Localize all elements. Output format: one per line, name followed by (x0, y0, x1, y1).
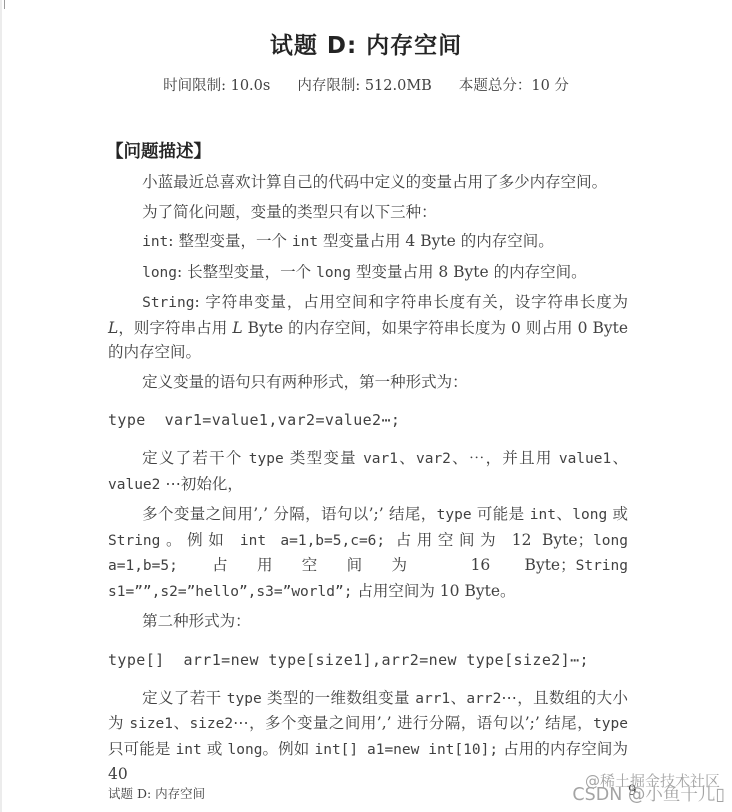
text-run: 、 (556, 505, 572, 523)
inline-code: int (292, 234, 318, 250)
inline-code: arr1 (415, 691, 450, 707)
text-run: 型变量占用 8 Byte 的内存空间。 (351, 263, 587, 281)
text-run: 、 (611, 449, 628, 467)
text-run: 占用空间为 12 Byte； (385, 531, 593, 549)
text-run: 小蓝最近总喜欢计算自己的代码中定义的变量占用了多少内存空间。 (142, 173, 607, 191)
inline-code: long (316, 265, 351, 281)
text-run: 多个变量之间用’,’ 分隔，语句以’;’ 结尾， (142, 505, 437, 523)
text-run: 只可能是 (108, 740, 176, 758)
page-left-edge (0, 0, 2, 812)
inline-code: value2 (108, 477, 160, 493)
text-run: ⋯初始化， (160, 475, 242, 493)
text-run: 第二种形式为： (142, 612, 251, 630)
text-run: 占用空间为 10 Byte。 (352, 582, 515, 600)
memory-limit-label: 内存限制: 512.0MB (297, 74, 432, 95)
text-run: : 字符串变量，占用空间和字符串长度有关，设字符串长度为 (194, 293, 628, 311)
inline-code: var1 (363, 451, 398, 467)
inline-code: value1 (559, 451, 611, 467)
text-run: 定义变量的语句只有两种形式，第一种形式为： (142, 373, 468, 391)
inline-code: int (530, 507, 556, 523)
text-run: 。例如 (160, 531, 239, 549)
inline-code: size2 (189, 716, 233, 732)
problem-title: 试题 D: 内存空间 (0, 0, 732, 60)
inline-code: arr2 (466, 691, 501, 707)
document-page: 试题 D: 内存空间 时间限制: 10.0s 内存限制: 512.0MB 本题总… (0, 0, 732, 812)
paragraph: 第二种形式为： (108, 609, 628, 634)
text-run: 定义了若干个 (142, 449, 249, 467)
time-limit-label: 时间限制: 10.0s (163, 74, 270, 95)
inline-code: long (142, 265, 177, 281)
paragraph: 小蓝最近总喜欢计算自己的代码中定义的变量占用了多少内存空间。 (108, 170, 628, 195)
inline-code: String (108, 533, 160, 549)
inline-code: long (228, 742, 263, 758)
page-left-edge-tick (4, 0, 5, 9)
inline-code: String (142, 295, 194, 311)
inline-code: type (227, 691, 262, 707)
paragraph: 为了简化问题，变量的类型只有以下三种： (108, 200, 628, 225)
total-score-label: 本题总分：10 分 (459, 74, 569, 95)
watermark-csdn: CSDN @小鱼干儿▯ (572, 781, 725, 806)
inline-code: int a=1,b=5,c=6; (240, 533, 385, 549)
text-run: 占用空间为 16 Byte； (178, 556, 576, 574)
text-run: 类型的一维数组变量 (262, 689, 416, 707)
paragraph: 定义变量的语句只有两种形式，第一种形式为： (108, 370, 628, 395)
paragraph: int: 整型变量，一个 int 型变量占用 4 Byte 的内存空间。 (108, 229, 628, 255)
text-run: 型变量占用 4 Byte 的内存空间。 (318, 232, 554, 250)
text-run: 定义了若干 (142, 689, 227, 707)
problem-meta: 时间限制: 10.0s 内存限制: 512.0MB 本题总分：10 分 (0, 74, 732, 95)
math-variable: L (108, 319, 118, 337)
section-heading-problem-description: 【问题描述】 (106, 138, 732, 163)
inline-code: var2 (416, 451, 451, 467)
code-block: type var1=value1,var2=value2⋯; (108, 411, 628, 429)
text-run: ，则字符串占用 (118, 319, 232, 337)
text-run: : 长整型变量，一个 (177, 263, 316, 281)
inline-code: size1 (129, 716, 173, 732)
paragraph: 定义了若干 type 类型的一维数组变量 arr1、arr2⋯，且数组的大小为 … (108, 686, 628, 787)
text-run: 、 (173, 714, 189, 732)
paragraph: long: 长整型变量，一个 long 型变量占用 8 Byte 的内存空间。 (108, 260, 628, 286)
problem-body: 小蓝最近总喜欢计算自己的代码中定义的变量占用了多少内存空间。为了简化问题，变量的… (108, 170, 628, 787)
inline-code: int (142, 234, 168, 250)
paragraph: 多个变量之间用’,’ 分隔，语句以’;’ 结尾，type 可能是 int、lon… (108, 502, 628, 604)
text-run: 可能是 (472, 505, 530, 523)
text-run: 或 (202, 740, 228, 758)
inline-code: type (249, 451, 284, 467)
paragraph: String: 字符串变量，占用空间和字符串长度有关，设字符串长度为 L，则字符… (108, 290, 628, 365)
text-run: 、 (398, 449, 416, 467)
inline-code: int[] a1=new int[10]; (314, 742, 498, 758)
text-run: 类型变量 (284, 449, 363, 467)
inline-code: type (437, 507, 472, 523)
footer-running-title: 试题 D: 内存空间 (108, 784, 205, 802)
inline-code: long (572, 507, 607, 523)
inline-code: int (176, 742, 202, 758)
inline-code: type (593, 716, 628, 732)
text-run: ⋯，多个变量之间用’,’ 进行分隔，语句以’;’ 结尾， (233, 714, 593, 732)
text-run: 、 (450, 689, 466, 707)
math-variable: L (232, 319, 242, 337)
text-run: 、⋯，并且用 (451, 449, 559, 467)
text-run: 为了简化问题，变量的类型只有以下三种： (142, 203, 437, 221)
text-run: : 整型变量，一个 (168, 232, 292, 250)
paragraph: 定义了若干个 type 类型变量 var1、var2、⋯，并且用 value1、… (108, 446, 628, 497)
text-run: 或 (607, 505, 628, 523)
code-block: type[] arr1=new type[size1],arr2=new typ… (108, 651, 628, 669)
text-run: 。例如 (262, 740, 314, 758)
